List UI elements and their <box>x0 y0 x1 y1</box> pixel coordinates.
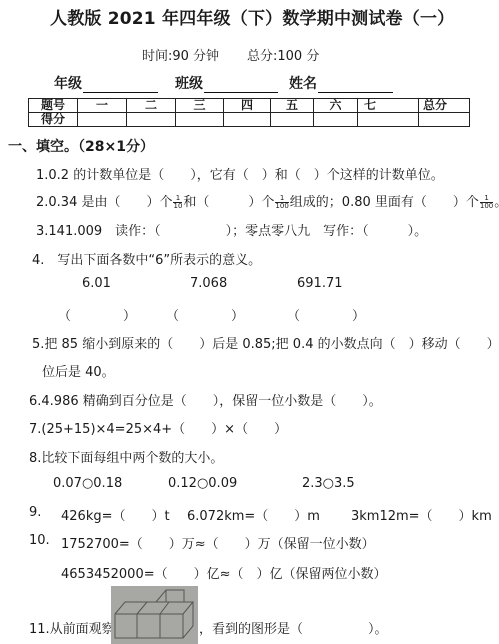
class-field[interactable]: 班级 <box>175 73 278 93</box>
name-blank[interactable] <box>318 78 393 93</box>
grade-field[interactable]: 年级 <box>54 73 158 93</box>
table-cell: 一 <box>78 99 127 113</box>
score-input-cell[interactable] <box>127 113 176 127</box>
q4-number: 691.71 <box>297 276 343 291</box>
question-2: 2.0.34 是由（ ）个110和（ ）个1100组成的；0.80 里面有（ ）… <box>36 191 499 210</box>
score-input-cell[interactable] <box>176 113 224 127</box>
question-10-number: 10. <box>29 533 50 548</box>
fraction-one-tenth: 110 <box>173 195 182 210</box>
cubes-icon <box>111 586 198 644</box>
section-heading: 一、填空。（28×1分） <box>8 136 154 156</box>
table-cell: 四 <box>224 99 271 113</box>
q2-part1: 2.0.34 是由（ ）个 <box>36 195 172 210</box>
score-input-cell[interactable] <box>314 113 358 127</box>
question-9-number: 9. <box>29 505 41 520</box>
question-4-prompt: 4. 写出下面各数中“6”所表示的意义。 <box>32 249 261 268</box>
question-1: 1.0.2 的计数单位是（ ），它有（ ）和（ ）个这样的计数单位。 <box>36 164 444 183</box>
q9-conversion: 6.072km=（ ）m <box>187 505 320 524</box>
table-cell: 七 <box>358 99 419 113</box>
question-6: 6.4.986 精确到百分位是（ ），保留一位小数是（ ）。 <box>29 390 382 409</box>
q2-part3: 组成的；0.80 里面有（ ）个 <box>290 195 479 210</box>
q4-answer-blank[interactable]: （ ） <box>287 305 365 324</box>
class-blank[interactable] <box>204 78 278 93</box>
score-input-cell[interactable] <box>358 113 419 127</box>
score-table: 题号 一 二 三 四 五 六 七 总分 得分 <box>28 98 470 127</box>
class-label: 班级 <box>175 76 203 92</box>
question-8-prompt: 8.比较下面每组中两个数的大小。 <box>29 447 223 466</box>
fraction-one-hundredth: 1100 <box>480 195 493 210</box>
q4-answer-blank[interactable]: （ ） <box>166 305 244 324</box>
score-input-cell[interactable] <box>78 113 127 127</box>
name-label: 姓名 <box>289 76 317 92</box>
q8-comparison[interactable]: 2.3○3.5 <box>302 476 355 491</box>
q4-number: 6.01 <box>82 276 111 291</box>
table-cell: 得分 <box>29 113 78 127</box>
score-table-score-row: 得分 <box>29 113 470 127</box>
exam-title: 人教版 2021 年四年级（下）数学期中测试卷（一） <box>50 4 454 29</box>
q2-part2: 和（ ）个 <box>183 195 274 210</box>
question-10-line1: 1752700=（ ）万≈（ ）万（保留一位小数） <box>61 533 375 552</box>
question-3: 3.141.009 读作：（ ）；零点零八九 写作：（ ）。 <box>36 220 427 239</box>
question-5-line1: 5.把 85 缩小到原来的（ ）后是 0.85;把 0.4 的小数点向（ ）移动… <box>32 333 499 352</box>
exam-time: 时间:90 分钟 <box>142 45 219 64</box>
q4-answer-blank[interactable]: （ ） <box>58 305 136 324</box>
table-cell: 六 <box>314 99 358 113</box>
q8-comparison[interactable]: 0.12○0.09 <box>168 476 237 491</box>
score-input-cell[interactable] <box>224 113 271 127</box>
question-5-line2: 位后是 40。 <box>42 361 115 380</box>
question-7: 7.(25+15)×4=25×4+（ ）×（ ） <box>29 418 287 437</box>
q9-conversion: 426kg=（ ）t <box>61 505 170 524</box>
question-11-suffix: ，看到的图形是（ ）。 <box>199 618 388 637</box>
q2-part4: 。 <box>494 195 499 210</box>
table-cell: 三 <box>176 99 224 113</box>
score-input-cell[interactable] <box>419 113 470 127</box>
table-cell: 题号 <box>29 99 78 113</box>
grade-label: 年级 <box>54 76 82 92</box>
question-11-prefix: 11.从前面观察 <box>29 618 115 637</box>
table-cell: 五 <box>271 99 314 113</box>
question-10-line2: 4653452000=（ ）亿≈（ ）亿（保留两位小数） <box>61 563 387 582</box>
name-field[interactable]: 姓名 <box>289 73 393 93</box>
score-input-cell[interactable] <box>271 113 314 127</box>
score-table-header-row: 题号 一 二 三 四 五 六 七 总分 <box>29 99 470 113</box>
table-cell: 总分 <box>419 99 470 113</box>
q4-number: 7.068 <box>190 276 227 291</box>
q8-comparison[interactable]: 0.07○0.18 <box>53 476 122 491</box>
grade-blank[interactable] <box>83 78 158 93</box>
table-cell: 二 <box>127 99 176 113</box>
three-cubes-figure <box>111 586 198 644</box>
q9-conversion: 3km12m=（ ）km <box>351 505 492 524</box>
exam-total-score: 总分:100 分 <box>247 45 319 64</box>
fraction-one-hundredth: 1100 <box>275 195 288 210</box>
